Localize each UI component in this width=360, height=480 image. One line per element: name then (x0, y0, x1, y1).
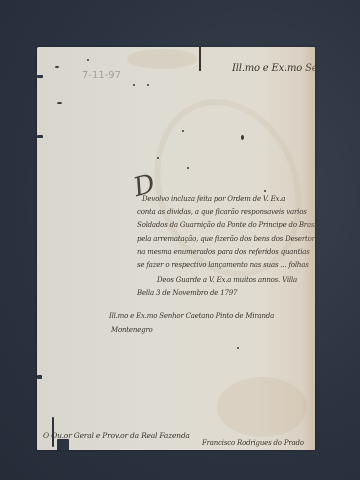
paper-speck (157, 157, 159, 159)
paper-stain (127, 49, 197, 69)
manuscript-page: 7-11-97 Ill.mo e Ex.mo Senhor D Devolvo … (37, 47, 315, 450)
paper-speck (55, 66, 59, 68)
paper-speck (237, 347, 239, 349)
paper-speck (182, 130, 184, 132)
edge-damage (37, 375, 42, 379)
paper-speck (133, 84, 135, 86)
paper-speck (87, 59, 89, 61)
paper-speck (147, 84, 149, 86)
edge-damage (37, 135, 43, 138)
paper-stain (217, 377, 307, 437)
paper-speck (241, 135, 244, 140)
body-line: se fazer o respectivo lançamento nas sua… (137, 261, 309, 269)
edge-damage (57, 439, 69, 450)
body-line: conta as dividas, a que ficarão responsa… (137, 208, 307, 216)
body-line: Devolvo incluza feita por Ordem de V. Ex… (142, 195, 285, 203)
date-line: Bella 3 de Novembro de 1797 (137, 289, 237, 297)
body-line: Soldados da Guarnição da Ponte do Princi… (137, 221, 315, 229)
closing-line: Deos Guarde a V. Ex.a muitos annos. Vill… (157, 276, 297, 284)
signature-name: Francisco Rodrigues do Prado (202, 439, 304, 447)
fold-mark (199, 47, 201, 71)
paper-speck (187, 167, 189, 169)
body-line: na mesma enumerados para dos referidos q… (137, 248, 310, 256)
addressee-line: Ill.mo e Ex.mo Senhor Caetano Pinto de M… (109, 312, 274, 320)
paper-speck (264, 190, 266, 192)
pencil-annotation: 7-11-97 (82, 70, 121, 81)
addressee-line: Montenegro (111, 326, 153, 334)
salutation: Ill.mo e Ex.mo Senhor (232, 63, 315, 74)
body-line: pela arrematação, que fizerão dos bens d… (137, 235, 315, 243)
paper-speck (57, 102, 62, 104)
edge-damage (52, 417, 54, 447)
edge-damage (37, 75, 43, 78)
